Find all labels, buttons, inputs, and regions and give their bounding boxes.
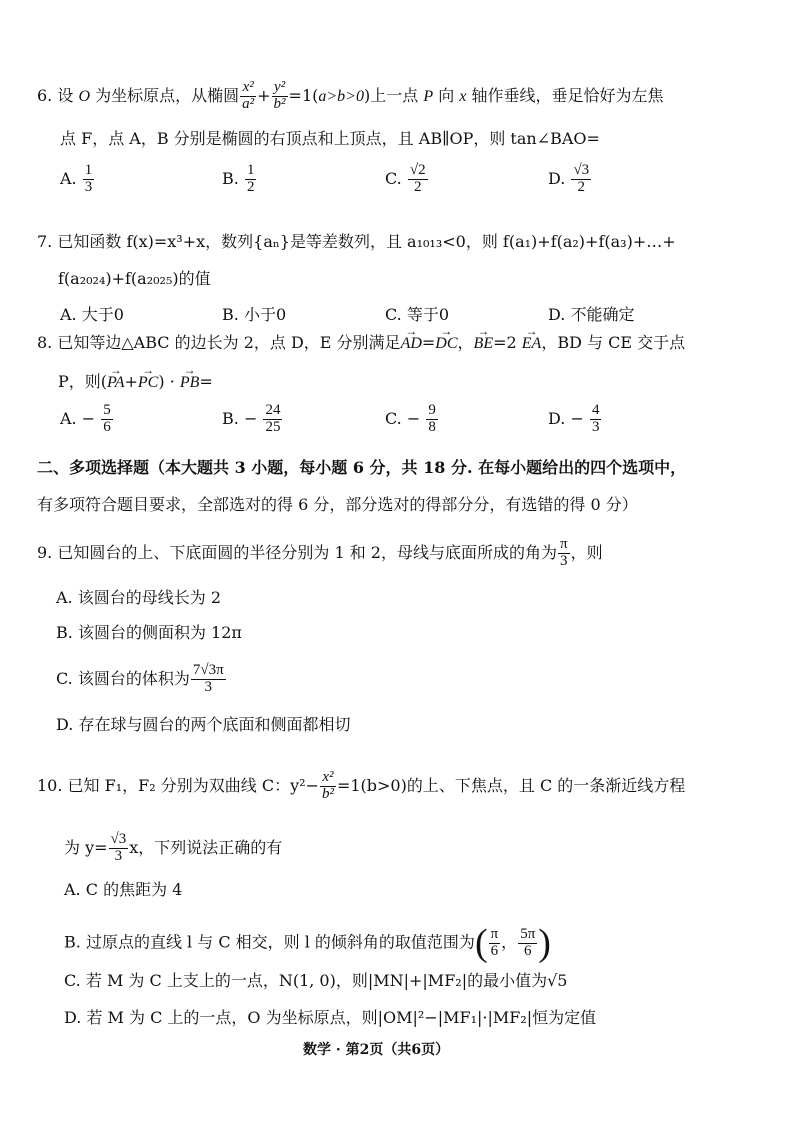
minus-sign: − (244, 409, 257, 428)
option-text: 大于0 (82, 305, 124, 324)
option-label: C. (385, 169, 402, 188)
q10-option-a[interactable]: A. C 的焦距为 4 (64, 882, 182, 898)
q8-option-b[interactable]: B. − 2425 (222, 403, 283, 436)
volume-fraction: 7√3π3 (191, 663, 226, 696)
numerator: 1 (83, 163, 95, 180)
option-label: B. (56, 623, 73, 642)
option-text: 小于0 (244, 305, 286, 324)
denominator: 6 (101, 420, 113, 436)
numerator: √2 (408, 163, 428, 180)
hyperbola-fraction: x²b² (320, 770, 336, 803)
numerator: π (489, 927, 501, 944)
option-fraction: 56 (101, 403, 113, 436)
option-label: D. (548, 169, 565, 188)
range-lower-fraction: π6 (489, 927, 501, 960)
denominator: b² (320, 787, 336, 803)
plus-sign: + (257, 86, 270, 105)
q9-option-c[interactable]: C. 该圆台的体积为7√3π3 (56, 663, 227, 696)
denominator: a² (240, 97, 256, 113)
numerator: 9 (426, 403, 438, 420)
option-fraction: 2425 (263, 403, 282, 436)
q6-option-a[interactable]: A. 13 (60, 163, 95, 196)
q9-option-a[interactable]: A. 该圆台的母线长为 2 (56, 590, 221, 606)
option-label: A. (60, 169, 77, 188)
q7-option-b[interactable]: B. 小于0 (222, 302, 286, 325)
vector-BE: BE (474, 336, 494, 352)
option-fraction: 98 (426, 403, 438, 436)
q6-text: 轴作垂线，垂足恰好为左焦 (472, 86, 664, 105)
q8-text: ，BD 与 CE 交于点 (541, 333, 685, 352)
denominator: 8 (426, 420, 438, 436)
question-10-line-2: 为 y=√33x，下列说法正确的有 (64, 832, 282, 865)
minus-sign: − (570, 409, 583, 428)
question-number: 9. (37, 543, 52, 562)
q6-option-d[interactable]: D. √32 (548, 163, 592, 196)
question-7-line-2: f(a₂₀₂₄)+f(a₂₀₂₅)的值 (58, 271, 211, 287)
numerator: 7√3π (191, 663, 226, 680)
denominator: 25 (263, 420, 282, 436)
option-label: D. (56, 715, 73, 734)
option-label: B. (222, 305, 239, 324)
question-8-line-2: P，则(PA+PC) · PB= (58, 374, 213, 391)
option-text: 若 M 为 C 上的一点，O 为坐标原点，则|OM|²−|MF₁|·|MF₂|恒… (86, 1008, 596, 1027)
q6-var-P: P (423, 88, 433, 105)
angle-fraction: π3 (558, 537, 570, 570)
option-label: D. (548, 409, 565, 428)
option-fraction: 13 (83, 163, 95, 196)
denominator: 3 (558, 554, 570, 570)
open-paren: ( (475, 922, 488, 964)
question-number: 7. (37, 232, 52, 251)
denominator: 3 (109, 849, 129, 865)
q7-option-a[interactable]: A. 大于0 (60, 302, 124, 325)
q6-text: 设 (57, 86, 73, 105)
asymptote-fraction: √33 (109, 832, 129, 865)
q6-option-c[interactable]: C. √22 (385, 163, 429, 196)
option-label: C. (385, 305, 402, 324)
q7-text: 已知函数 f(x)=x³+x，数列{aₙ}是等差数列，且 a₁₀₁₃<0，则 f… (57, 232, 675, 251)
q10-text: 为 y= (64, 838, 108, 857)
q7-option-d[interactable]: D. 不能确定 (548, 302, 634, 325)
denominator: 2 (408, 180, 428, 196)
denominator: 6 (518, 944, 537, 960)
q9-option-d[interactable]: D. 存在球与圆台的两个底面和侧面都相切 (56, 717, 350, 733)
numerator: √3 (109, 832, 129, 849)
question-7-line-1: 7. 已知函数 f(x)=x³+x，数列{aₙ}是等差数列，且 a₁₀₁₃<0，… (37, 234, 676, 250)
q10-text: 已知 F₁，F₂ 分别为双曲线 C：y²− (68, 776, 319, 795)
section-2-header-line-2: 有多项符合题目要求，全部选对的得 6 分，部分选对的得部分分，有选错的得 0 分… (37, 497, 638, 513)
option-label: A. (60, 305, 77, 324)
section-2-header-line-1: 二、多项选择题（本大题共 3 小题，每小题 6 分，共 18 分. 在每小题给出… (37, 460, 686, 476)
numerator: y² (272, 80, 288, 97)
q8-text: P，则( (58, 372, 107, 391)
q8-option-c[interactable]: C. − 98 (385, 403, 439, 436)
option-label: D. (548, 305, 565, 324)
option-label: B. (222, 169, 239, 188)
numerator: x² (320, 770, 336, 787)
question-6-line-2: 点 F，点 A，B 分别是椭圆的右顶点和上顶点，且 AB∥OP，则 tan∠BA… (60, 131, 600, 147)
close-paren: ) (538, 922, 551, 964)
option-text: C 的焦距为 4 (86, 880, 183, 899)
option-label: A. (60, 409, 77, 428)
option-fraction: 12 (245, 163, 257, 196)
q6-text: 向 (438, 86, 454, 105)
denominator: 2 (245, 180, 257, 196)
option-label: C. (64, 971, 81, 990)
numerator: 24 (263, 403, 282, 420)
numerator: 5 (101, 403, 113, 420)
q10-option-b[interactable]: B. 过原点的直线 l 与 C 相交，则 l 的倾斜角的取值范围为(π6，5π6… (64, 924, 551, 962)
minus-sign: − (407, 409, 420, 428)
numerator: 5π (518, 927, 537, 944)
option-text: 过原点的直线 l 与 C 相交，则 l 的倾斜角的取值范围为 (86, 933, 475, 952)
option-fraction: √32 (571, 163, 591, 196)
option-label: C. (56, 669, 73, 688)
q6-var-O: O (78, 88, 90, 105)
option-text: 若 M 为 C 上支上的一点，N(1, 0)，则|MN|+|MF₂|的最小值为√… (86, 971, 568, 990)
vector-PA: PA (107, 375, 124, 391)
option-text: 该圆台的母线长为 2 (78, 588, 221, 607)
question-number: 6. (37, 86, 52, 105)
denominator: 6 (489, 944, 501, 960)
numerator: 1 (245, 163, 257, 180)
q9-text: 已知圆台的上、下底面圆的半径分别为 1 和 2，母线与底面所成的角为 (57, 543, 557, 562)
fraction-x2-a2: x²a² (240, 80, 256, 113)
q8-option-d[interactable]: D. − 43 (548, 403, 602, 436)
option-text: 不能确定 (570, 305, 634, 324)
condition: a>b>0 (318, 88, 364, 105)
q6-text: )上一点 (364, 86, 418, 105)
vector-PC: PC (138, 375, 158, 391)
numerator: x² (240, 80, 256, 97)
option-label: B. (222, 409, 239, 428)
q9-text: ，则 (571, 543, 603, 562)
option-label: C. (385, 409, 402, 428)
numerator: √3 (571, 163, 591, 180)
question-10-line-1: 10. 已知 F₁，F₂ 分别为双曲线 C：y²−x²b²=1(b>0)的上、下… (37, 770, 685, 803)
option-text: 该圆台的体积为 (78, 669, 190, 688)
denominator: 2 (571, 180, 591, 196)
q10-option-d[interactable]: D. 若 M 为 C 上的一点，O 为坐标原点，则|OM|²−|MF₁|·|MF… (64, 1010, 596, 1026)
q9-option-b[interactable]: B. 该圆台的侧面积为 12π (56, 625, 242, 641)
q10-text: x，下列说法正确的有 (129, 838, 282, 857)
option-text: 存在球与圆台的两个底面和侧面都相切 (78, 715, 350, 734)
q6-text: 为坐标原点，从椭圆 (95, 86, 239, 105)
question-8-line-1: 8. 已知等边△ABC 的边长为 2，点 D，E 分别满足AD=DC，BE=2 … (37, 335, 685, 352)
option-label: D. (64, 1008, 81, 1027)
vector-PB: PB (180, 375, 200, 391)
vector-DC: DC (435, 336, 457, 352)
q7-option-c[interactable]: C. 等于0 (385, 302, 449, 325)
denominator: b² (272, 97, 288, 113)
range-upper-fraction: 5π6 (518, 927, 537, 960)
vector-AD: AD (401, 336, 422, 352)
question-9-line-1: 9. 已知圆台的上、下底面圆的半径分别为 1 和 2，母线与底面所成的角为π3，… (37, 537, 603, 570)
question-number: 10. (37, 776, 62, 795)
option-label: A. (64, 880, 81, 899)
q8-text: 已知等边△ABC 的边长为 2，点 D，E 分别满足 (57, 333, 400, 352)
page-footer: 数学 · 第2页（共6页） (303, 1043, 449, 1057)
minus-sign: − (82, 409, 95, 428)
q6-var-x: x (459, 88, 466, 105)
option-label: B. (64, 933, 81, 952)
option-fraction: √22 (408, 163, 428, 196)
option-fraction: 43 (590, 403, 602, 436)
vector-EA: EA (522, 336, 542, 352)
q8-option-a[interactable]: A. − 56 (60, 403, 114, 436)
option-text: 该圆台的侧面积为 12π (78, 623, 242, 642)
denominator: 3 (590, 420, 602, 436)
denominator: 3 (191, 680, 226, 696)
q10-option-c[interactable]: C. 若 M 为 C 上支上的一点，N(1, 0)，则|MN|+|MF₂|的最小… (64, 973, 567, 989)
numerator: π (558, 537, 570, 554)
denominator: 3 (83, 180, 95, 196)
numerator: 4 (590, 403, 602, 420)
q6-option-b[interactable]: B. 12 (222, 163, 257, 196)
question-6-line-1: 6. 设 O 为坐标原点，从椭圆x²a²+y²b²=1(a>b>0)上一点 P … (37, 80, 664, 113)
option-label: A. (56, 588, 73, 607)
question-number: 8. (37, 333, 52, 352)
equals: =1( (289, 86, 319, 105)
fraction-y2-b2: y²b² (272, 80, 288, 113)
option-text: 等于0 (407, 305, 449, 324)
q10-text: =1(b>0)的上、下焦点，且 C 的一条渐近线方程 (337, 776, 685, 795)
